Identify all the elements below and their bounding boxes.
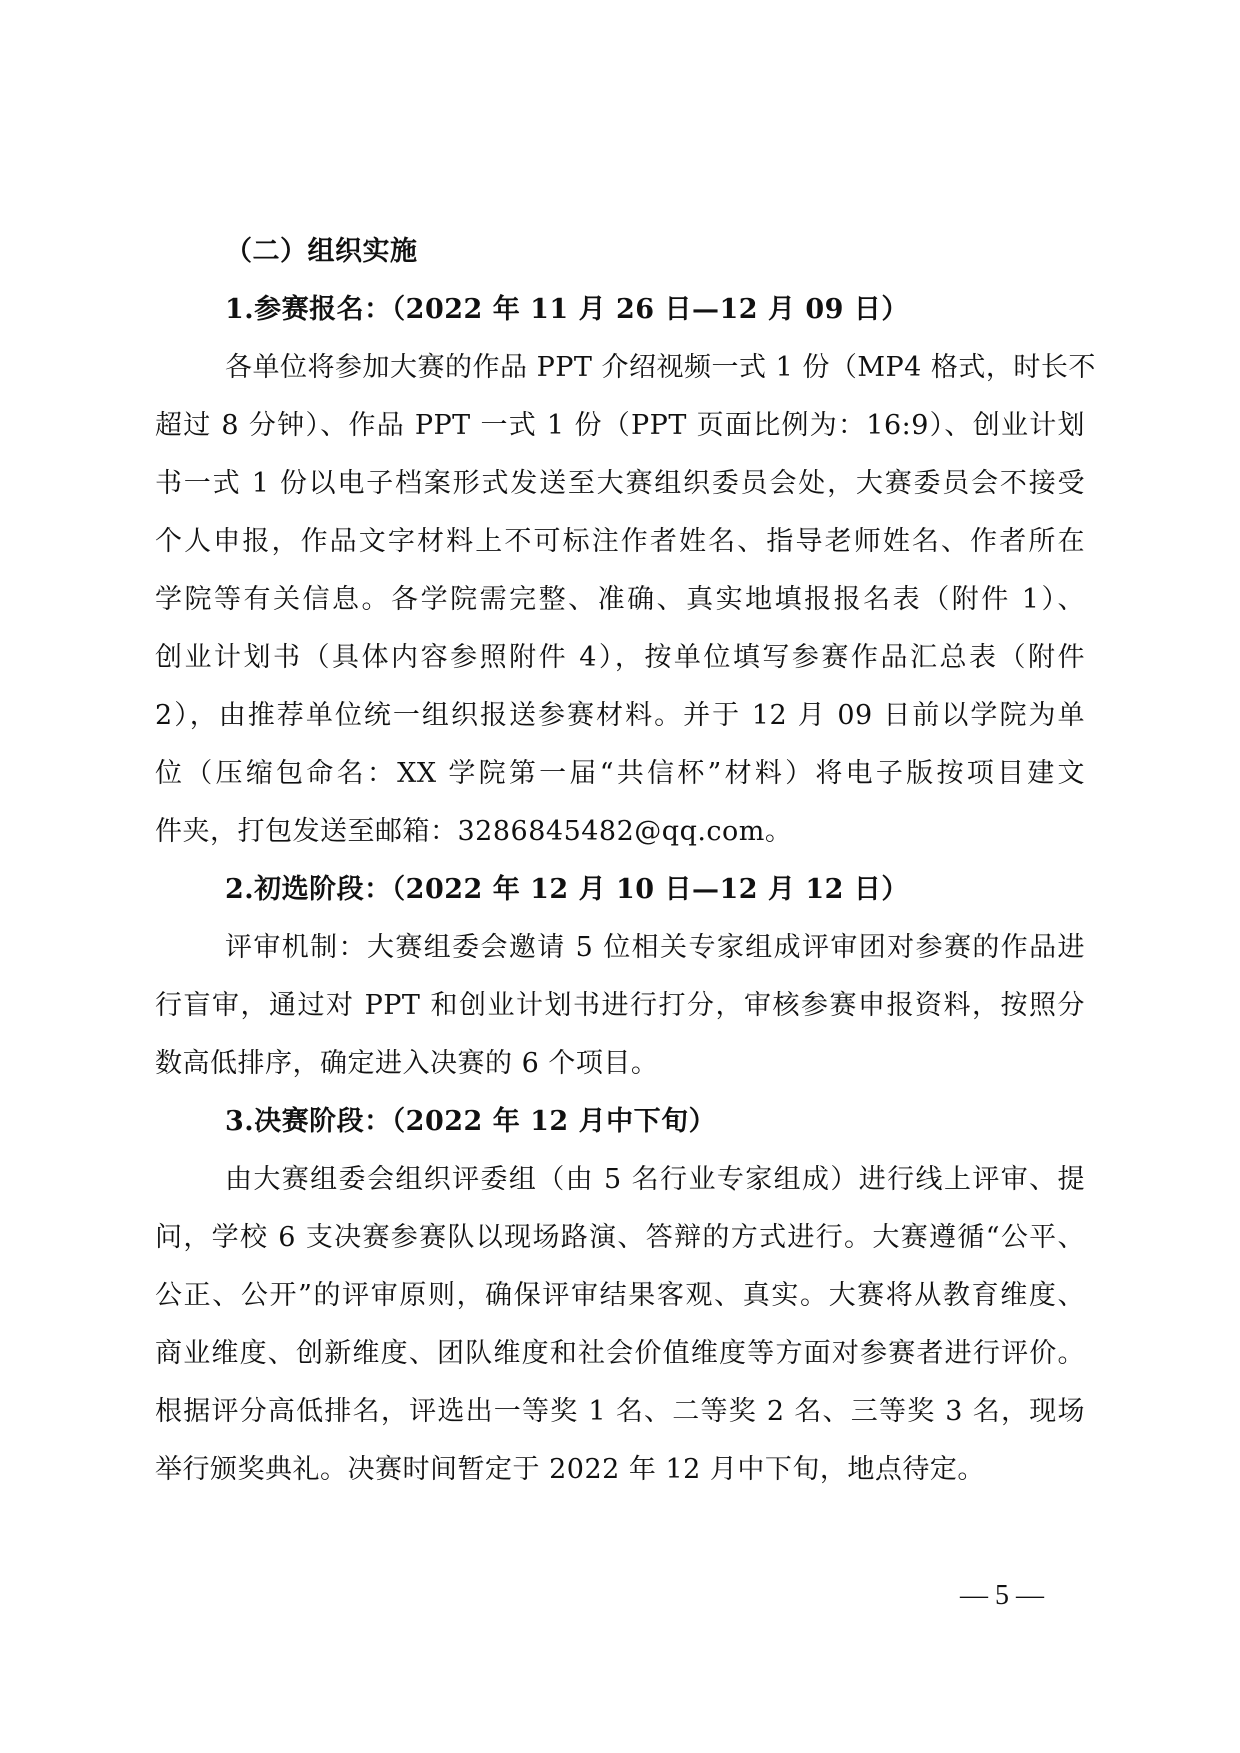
paragraph-line: 位（压缩包命名：XX 学院第一届“共信杯”材料）将电子版按项目建文	[155, 756, 1085, 792]
paragraph-line: 2），由推荐单位统一组织报送参赛材料。并于 12 月 09 日前以学院为单	[155, 698, 1085, 734]
document-page: （二）组织实施 1.参赛报名：（2022 年 11 月 26 日—12 月 09…	[0, 0, 1240, 1753]
paragraph-line: 商业维度、创新维度、团队维度和社会价值维度等方面对参赛者进行评价。	[155, 1336, 1085, 1372]
paragraph-line: 根据评分高低排名，评选出一等奖 1 名、二等奖 2 名、三等奖 3 名，现场	[155, 1394, 1085, 1430]
section-title: （二）组织实施	[225, 234, 1155, 270]
paragraph-line: 行盲审，通过对 PPT 和创业计划书进行打分，审核参赛申报资料，按照分	[155, 988, 1085, 1024]
paragraph-line: 由大赛组委会组织评委组（由 5 名行业专家组成）进行线上评审、提	[225, 1162, 1085, 1198]
paragraph-line: 超过 8 分钟）、作品 PPT 一式 1 份（PPT 页面比例为：16:9）、创…	[155, 408, 1085, 444]
paragraph-line: 各单位将参加大赛的作品 PPT 介绍视频一式 1 份（MP4 格式，时长不	[225, 350, 1085, 386]
paragraph-line: 书一式 1 份以电子档案形式发送至大赛组织委员会处，大赛委员会不接受	[155, 466, 1085, 502]
stage-2-heading: 2.初选阶段：（2022 年 12 月 10 日—12 月 12 日）	[225, 872, 1155, 908]
page-number: — 5 —	[960, 1578, 1044, 1614]
paragraph-line: 创业计划书（具体内容参照附件 4），按单位填写参赛作品汇总表（附件	[155, 640, 1085, 676]
paragraph-line: 公正、公开”的评审原则，确保评审结果客观、真实。大赛将从教育维度、	[155, 1278, 1085, 1314]
paragraph-line: 数高低排序，确定进入决赛的 6 个项目。	[155, 1046, 1085, 1082]
paragraph-line-email: 件夹，打包发送至邮箱：3286845482@qq.com。	[155, 814, 1085, 850]
paragraph-line: 问，学校 6 支决赛参赛队以现场路演、答辩的方式进行。大赛遵循“公平、	[155, 1220, 1085, 1256]
paragraph-line: 个人申报，作品文字材料上不可标注作者姓名、指导老师姓名、作者所在	[155, 524, 1085, 560]
paragraph-line: 评审机制：大赛组委会邀请 5 位相关专家组成评审团对参赛的作品进	[225, 930, 1085, 966]
stage-1-heading: 1.参赛报名：（2022 年 11 月 26 日—12 月 09 日）	[225, 292, 1155, 328]
paragraph-line: 举行颁奖典礼。决赛时间暂定于 2022 年 12 月中下旬，地点待定。	[155, 1452, 1085, 1488]
stage-3-heading: 3.决赛阶段：（2022 年 12 月中下旬）	[225, 1104, 1155, 1140]
paragraph-line: 学院等有关信息。各学院需完整、准确、真实地填报报名表（附件 1）、	[155, 582, 1085, 618]
